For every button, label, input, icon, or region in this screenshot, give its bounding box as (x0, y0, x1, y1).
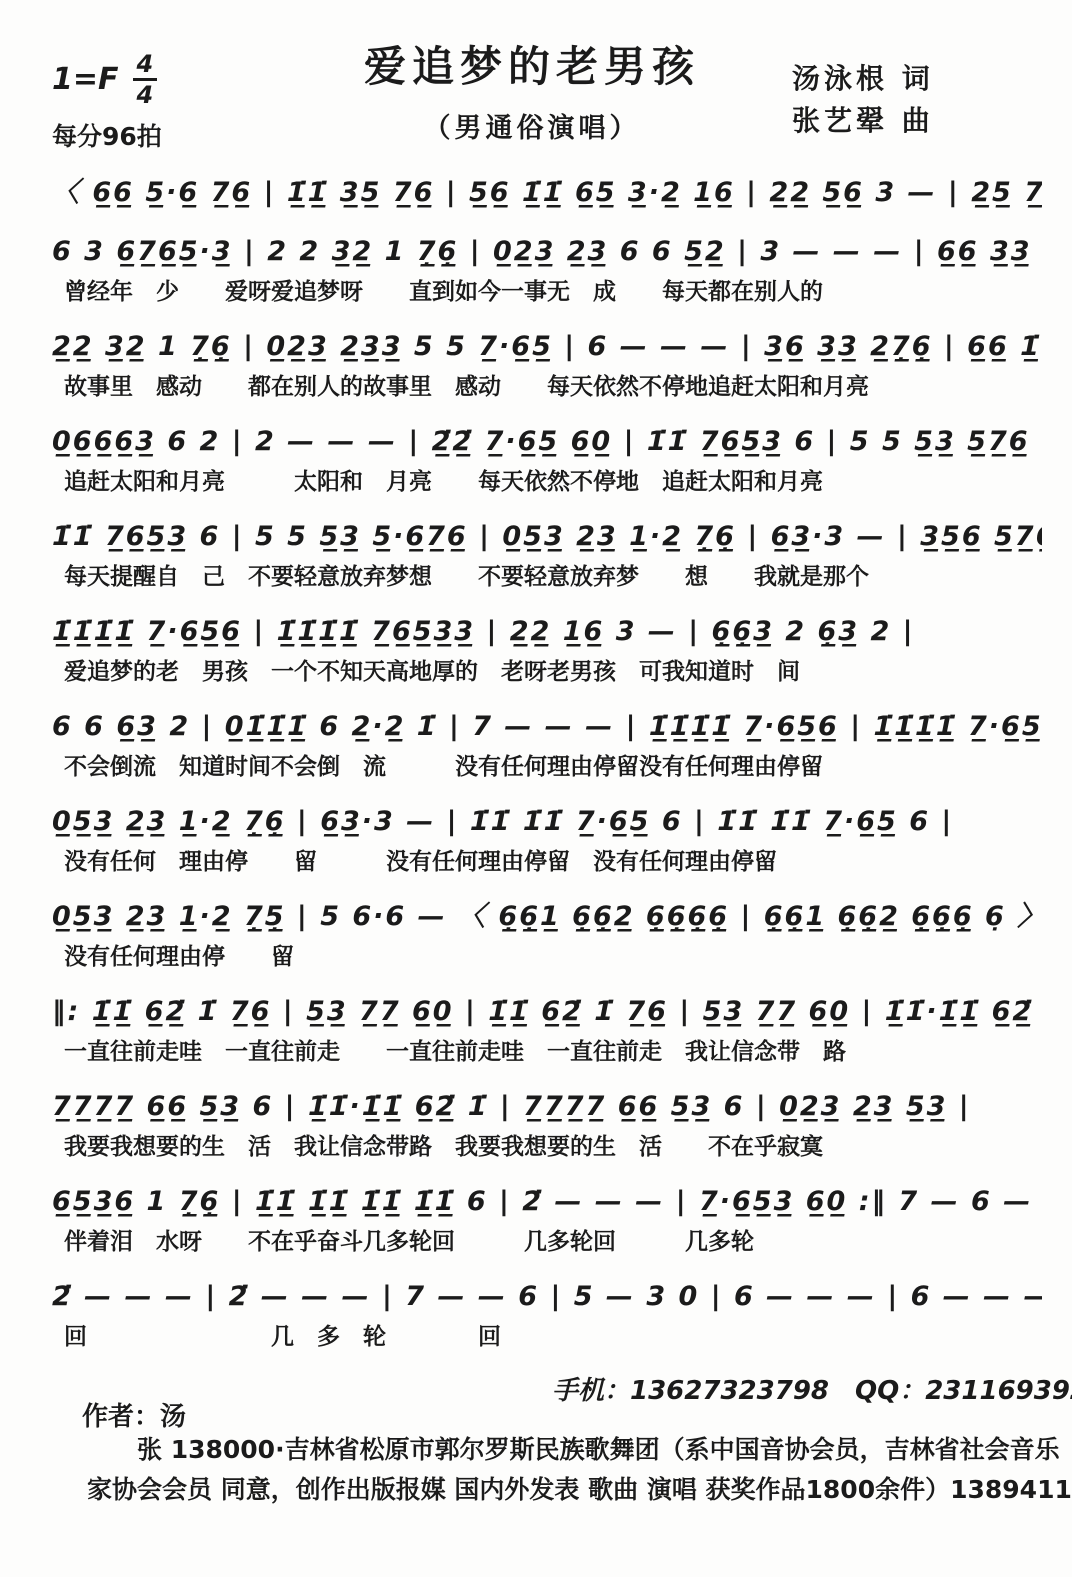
score-header: 1=F 4 4 每分96拍 爱追梦的老男孩 （男通俗演唱） 汤泳根 词 张艺翚 … (52, 34, 1042, 153)
lyrics-line: 追赶太阳和月亮 太阳和 月亮 每天依然不停地 追赶太阳和月亮 (52, 464, 1042, 500)
lyrics-line: 每天提醒自 己 不要轻意放弃梦想 不要轻意放弃梦 想 我就是那个 (52, 559, 1042, 595)
key-tempo-block: 1=F 4 4 每分96拍 (52, 34, 272, 153)
system-13: 2̇ — — — | 2̇ — — — | 7 — — 6 | 5 — 3 0 … (52, 1275, 1042, 1355)
lyrics-line: 没有任何理由停 留 (52, 939, 1042, 975)
system-6: 1̲̇1̲̇1̲̇1̲̇ 7̲·6̲5̲6̲ | 1̲̇1̲̇1̲̇1̲̇ 7̲… (52, 610, 1042, 690)
system-1: 〈 6̲6̲ 5̲·6̲ 7̲6̲ | 1̲̇1̲̇ 3̲5̲ 7̲6̲ | 5… (52, 171, 1042, 215)
notation-line: 7̲7̲7̲7̲ 6̲6̲ 5̲3̲ 6 | 1̲̇1̇·1̲̇1̲̇ 6̲2̲… (52, 1085, 1042, 1129)
system-4: 0̲6̲6̲6̲3̲ 6 2 | 2 — — — | 2̲̇2̲̇ 7̲·6̲5… (52, 420, 1042, 500)
tempo-marking: 每分96拍 (52, 117, 272, 153)
notation-line: 0̲5̲3̲ 2̲3̲ 1̲·2̲ 7̣̲5̣̲ | 5 6·6 — 〈 6̣̲… (52, 895, 1042, 939)
system-12: 6̲5̲3̲6̲ 1 7̣̲6̣̲ | 1̲̇1̲̇ 1̲̇1̲̇ 1̲̇1̲̇… (52, 1180, 1042, 1260)
notation-line: ‖: 1̲̇1̲̇ 6̲2̲̇ 1̇ 7̲6̲ | 5̲3̲ 7̲7̲ 6̲0̲… (52, 990, 1042, 1034)
key-signature: 1=F (52, 62, 119, 97)
system-10: ‖: 1̲̇1̲̇ 6̲2̲̇ 1̇ 7̲6̲ | 5̲3̲ 7̲7̲ 6̲0̲… (52, 990, 1042, 1070)
notation-line: 0̲5̲3̲ 2̲3̲ 1̲·2̲ 7̣̲6̣̲ | 6̲3̲·3 — | 1̇… (52, 800, 1042, 844)
song-title: 爱追梦的老男孩 (272, 34, 792, 94)
notation-line: 2̲2̲ 3̲2̲ 1 7̣̲6̣̲ | 0̲2̲3̲ 2̲3̲3̲ 5 5 7… (52, 325, 1042, 369)
time-signature: 4 4 (133, 52, 158, 107)
lyrics-line: 爱追梦的老 男孩 一个不知天高地厚的 老呀老男孩 可我知道时 间 (52, 654, 1042, 690)
title-block: 爱追梦的老男孩 （男通俗演唱） (272, 34, 792, 145)
time-signature-numerator: 4 (133, 52, 158, 81)
address-line-2: 家协会会员 同意，创作出版报媒 国内外发表 歌曲 演唱 获奖作品1800余件）1… (87, 1470, 1072, 1506)
system-7: 6 6 6̲3̲ 2 | 0̲1̲̇1̲̇1̲̇ 6 2̲·2̲ 1̇ | 7 … (52, 705, 1042, 785)
notation-line: 0̲6̲6̲6̲3̲ 6 2 | 2 — — — | 2̲̇2̲̇ 7̲·6̲5… (52, 420, 1042, 464)
system-9: 0̲5̲3̲ 2̲3̲ 1̲·2̲ 7̣̲5̣̲ | 5 6·6 — 〈 6̣̲… (52, 895, 1042, 975)
author-note: 作者：汤 (82, 1396, 186, 1433)
song-subtitle: （男通俗演唱） (272, 106, 792, 145)
system-8: 0̲5̲3̲ 2̲3̲ 1̲·2̲ 7̣̲6̣̲ | 6̲3̲·3 — | 1̇… (52, 800, 1042, 880)
system-11: 7̲7̲7̲7̲ 6̲6̲ 5̲3̲ 6 | 1̲̇1̇·1̲̇1̲̇ 6̲2̲… (52, 1085, 1042, 1165)
score-footer: 手机：13627323798 QQ：2311693926 作者：汤 张 1380… (52, 1370, 1042, 1520)
notation-line: 6̲5̲3̲6̲ 1 7̣̲6̣̲ | 1̲̇1̲̇ 1̲̇1̲̇ 1̲̇1̲̇… (52, 1180, 1042, 1224)
lyrics-line: 曾经年 少 爱呀爱追梦呀 直到如今一事无 成 每天都在别人的 (52, 274, 1042, 310)
lyrics-line: 故事里 感动 都在别人的故事里 感动 每天依然不停地追赶太阳和月亮 (52, 369, 1042, 405)
notation-line: 6 3 6̲7̲6̲5̲·3̲ | 2 2 3̲2̲ 1 7̣̲6̣̲ | 0̲… (52, 230, 1042, 274)
composer-credit: 张艺翚 曲 (792, 100, 1042, 142)
address-line-1: 张 138000·吉林省松原市郭尔罗斯民族歌舞团（系中国音协会员，吉林省社会音乐 (137, 1430, 1060, 1466)
sheet-music-page: 1=F 4 4 每分96拍 爱追梦的老男孩 （男通俗演唱） 汤泳根 词 张艺翚 … (0, 0, 1072, 1577)
time-signature-denominator: 4 (137, 81, 154, 107)
notation-line: 1̲̇1̲̇1̲̇1̲̇ 7̲·6̲5̲6̲ | 1̲̇1̲̇1̲̇1̲̇ 7̲… (52, 610, 1042, 654)
lyrics-line: 没有任何 理由停 留 没有任何理由停留 没有任何理由停留 (52, 844, 1042, 880)
notation-line: 2̇ — — — | 2̇ — — — | 7 — — 6 | 5 — 3 0 … (52, 1275, 1042, 1319)
lyrics-line: 不会倒流 知道时间不会倒 流 没有任何理由停留没有任何理由停留 (52, 749, 1042, 785)
lyrics-line: 回 几 多 轮 回 (52, 1319, 1042, 1355)
system-5: 1̇1̇ 7̲6̲5̲3̲ 6 | 5 5 5̲3̲ 5̲·6̲7̲6̲ | 0… (52, 515, 1042, 595)
notation-line: 1̇1̇ 7̲6̲5̲3̲ 6 | 5 5 5̲3̲ 5̲·6̲7̲6̲ | 0… (52, 515, 1042, 559)
lyrics-line: 伴着泪 水呀 不在乎奋斗几多轮回 几多轮回 几多轮 (52, 1224, 1042, 1260)
lyrics-line: 我要我想要的生 活 我让信念带路 我要我想要的生 活 不在乎寂寞 (52, 1129, 1042, 1165)
credits-block: 汤泳根 词 张艺翚 曲 (792, 34, 1042, 142)
notation-score: 〈 6̲6̲ 5̲·6̲ 7̲6̲ | 1̲̇1̲̇ 3̲5̲ 7̲6̲ | 5… (52, 171, 1042, 1355)
notation-line: 〈 6̲6̲ 5̲·6̲ 7̲6̲ | 1̲̇1̲̇ 3̲5̲ 7̲6̲ | 5… (52, 171, 1042, 215)
lyrics-line: 一直往前走哇 一直往前走 一直往前走哇 一直往前走 我让信念带 路 (52, 1034, 1042, 1070)
system-2: 6 3 6̲7̲6̲5̲·3̲ | 2 2 3̲2̲ 1 7̣̲6̣̲ | 0̲… (52, 230, 1042, 310)
notation-line: 6 6 6̲3̲ 2 | 0̲1̲̇1̲̇1̲̇ 6 2̲·2̲ 1̇ | 7 … (52, 705, 1042, 749)
lyricist-credit: 汤泳根 词 (792, 58, 1042, 100)
system-3: 2̲2̲ 3̲2̲ 1 7̣̲6̣̲ | 0̲2̲3̲ 2̲3̲3̲ 5 5 7… (52, 325, 1042, 405)
contact-info: 手机：13627323798 QQ：2311693926 (552, 1370, 1072, 1407)
